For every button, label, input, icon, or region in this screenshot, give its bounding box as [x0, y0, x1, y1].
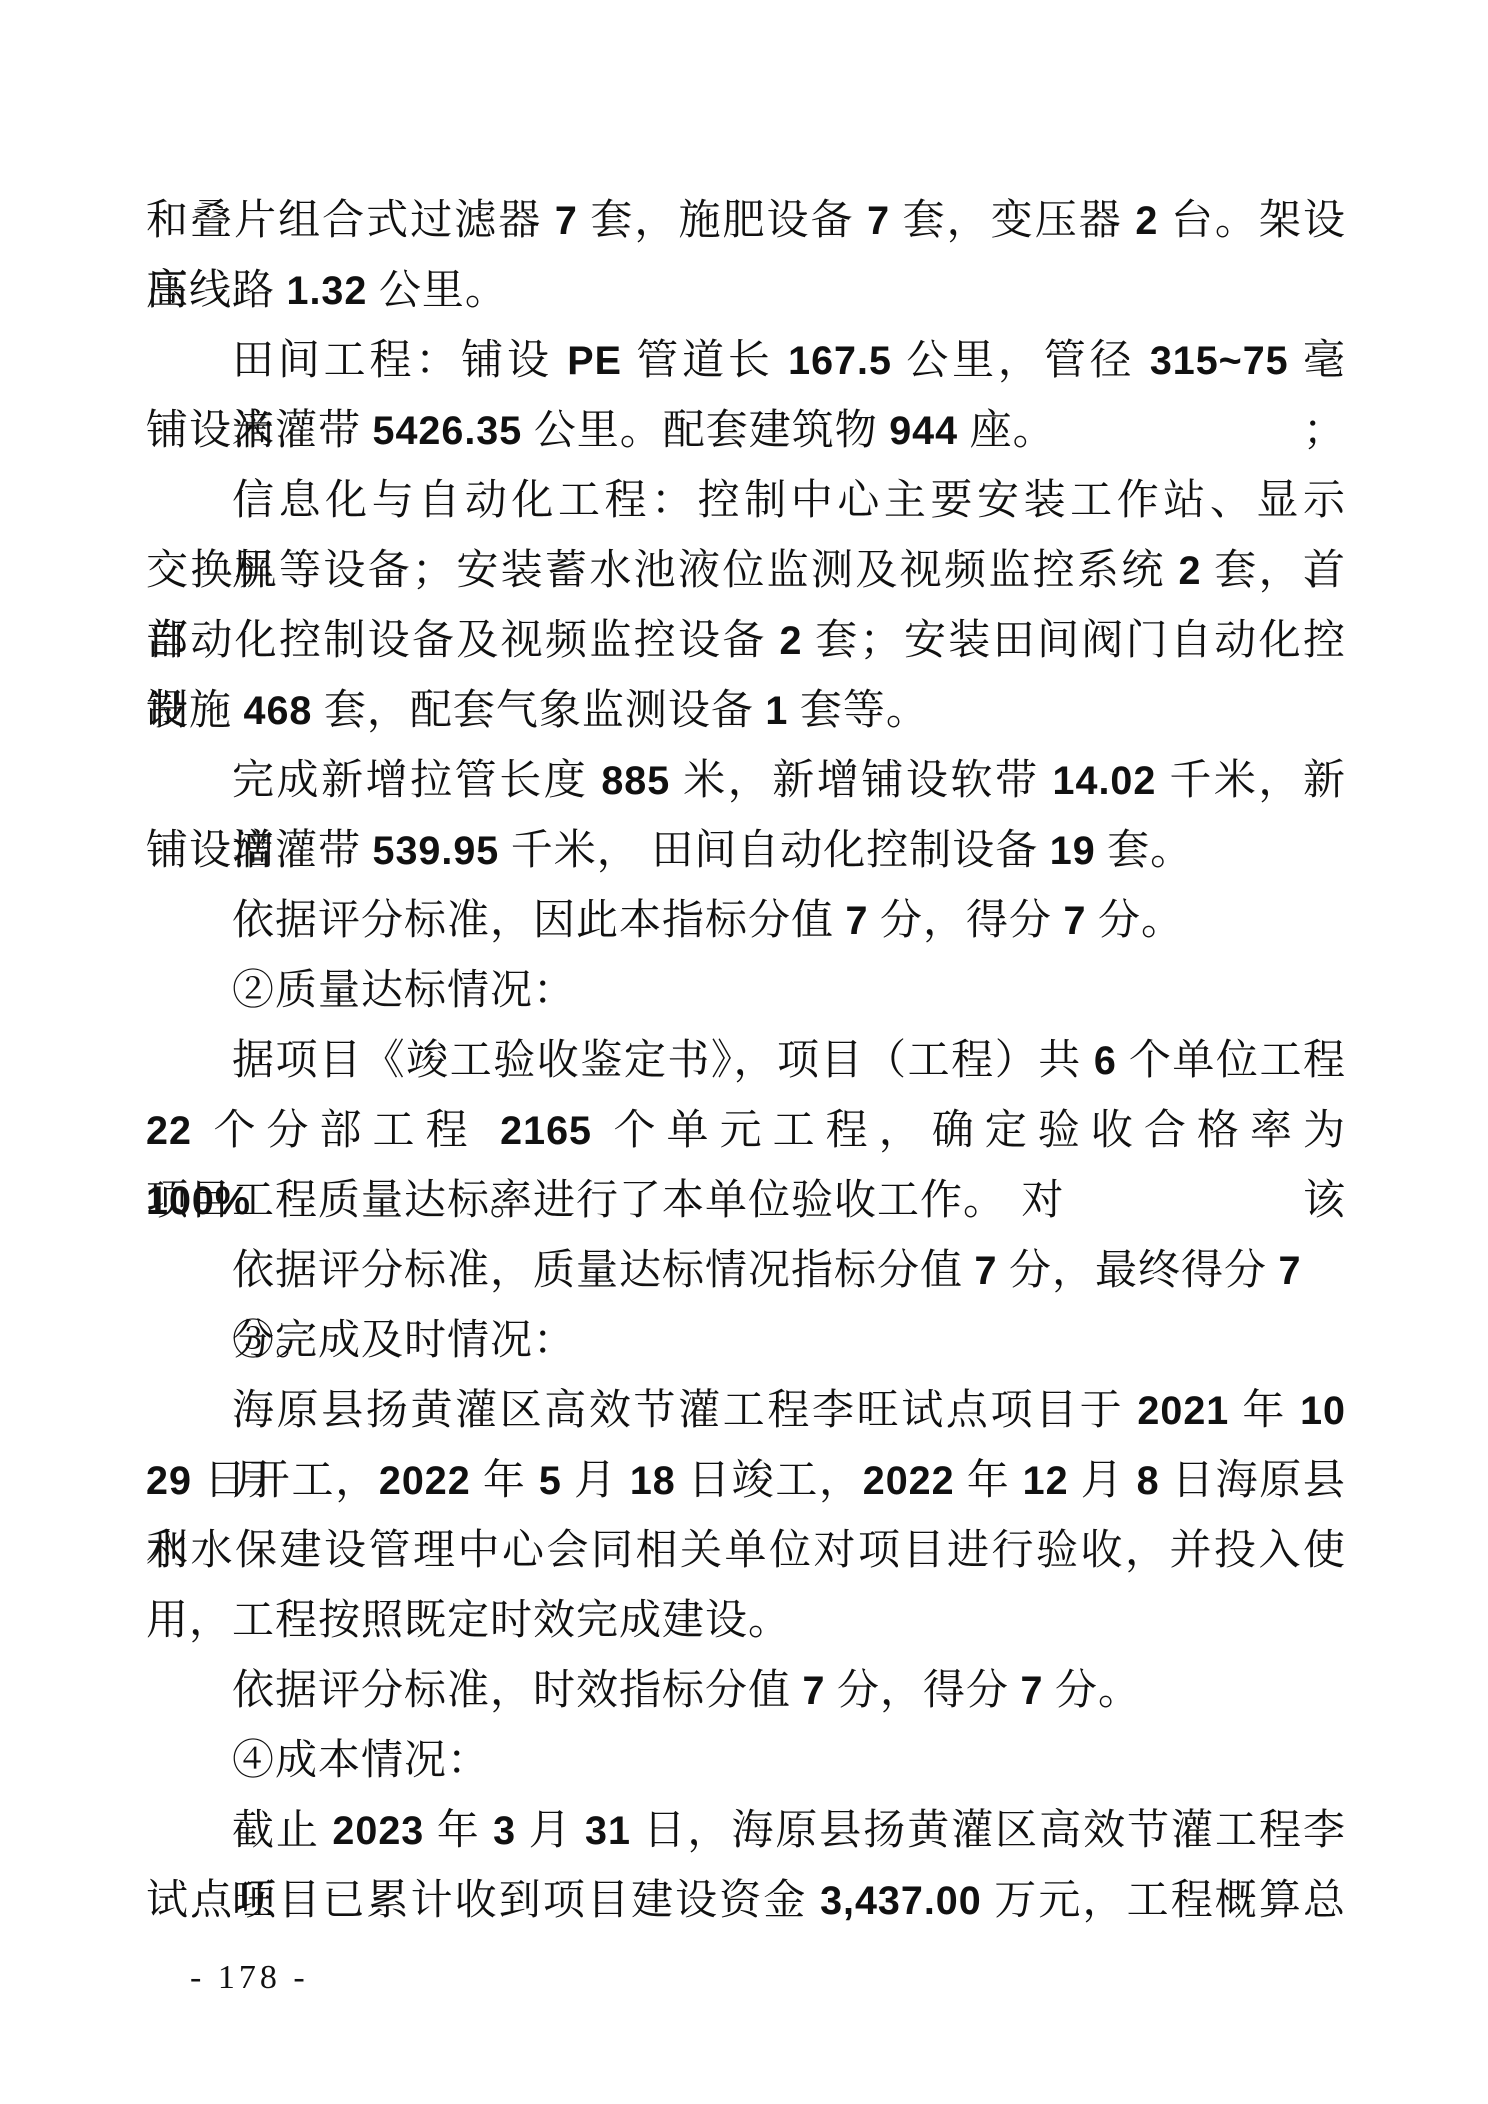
- text-line: 22 个分部工程 2165 个单元工程，确定验收合格率为 100%。 对该: [146, 1096, 1346, 1166]
- body-text: 和叠片组合式过滤器 7 套，施肥设备 7 套，变压器 2 台。架设高压线路 1.…: [146, 186, 1346, 1936]
- document-page: 和叠片组合式过滤器 7 套，施肥设备 7 套，变压器 2 台。架设高压线路 1.…: [0, 0, 1488, 2104]
- page-number: - 178 -: [190, 1955, 309, 2001]
- text-line: ③完成及时情况：: [146, 1306, 1346, 1376]
- text-line: 完成新增拉管长度 885 米，新增铺设软带 14.02 千米，新增: [146, 746, 1346, 816]
- text-line: 田间工程：铺设 PE 管道长 167.5 公里，管径 315~75 毫米；: [146, 326, 1346, 396]
- text-line: 依据评分标准，质量达标情况指标分值 7 分，最终得分 7 分。: [146, 1236, 1346, 1306]
- text-line: 利水保建设管理中心会同相关单位对项目进行验收，并投入使: [146, 1516, 1346, 1586]
- text-line: 自动化控制设备及视频监控设备 2 套；安装田间阀门自动化控制: [146, 606, 1346, 676]
- text-line: 压线路 1.32 公里。: [146, 256, 1346, 326]
- text-line: 信息化与自动化工程：控制中心主要安装工作站、显示屏、: [146, 466, 1346, 536]
- text-line: 截止 2023 年 3 月 31 日，海原县扬黄灌区高效节灌工程李旺: [146, 1796, 1346, 1866]
- text-line: 海原县扬黄灌区高效节灌工程李旺试点项目于 2021 年 10 月: [146, 1376, 1346, 1446]
- text-line: 依据评分标准，因此本指标分值 7 分，得分 7 分。: [146, 886, 1346, 956]
- text-line: 用，工程按照既定时效完成建设。: [146, 1586, 1346, 1656]
- text-line: 设施 468 套，配套气象监测设备 1 套等。: [146, 676, 1346, 746]
- text-line: 试点项目已累计收到项目建设资金 3,437.00 万元，工程概算总: [146, 1866, 1346, 1936]
- text-line: 交换机等设备；安装蓄水池液位监测及视频监控系统 2 套，首部: [146, 536, 1346, 606]
- text-line: 据项目《竣工验收鉴定书》，项目（工程）共 6 个单位工程: [146, 1026, 1346, 1096]
- text-line: 依据评分标准，时效指标分值 7 分，得分 7 分。: [146, 1656, 1346, 1726]
- text-line: ④成本情况：: [146, 1726, 1346, 1796]
- text-line: 铺设滴灌带 539.95 千米， 田间自动化控制设备 19 套。: [146, 816, 1346, 886]
- text-line: ②质量达标情况：: [146, 956, 1346, 1026]
- text-line: 和叠片组合式过滤器 7 套，施肥设备 7 套，变压器 2 台。架设高: [146, 186, 1346, 256]
- text-line: 29 日开工，2022 年 5 月 18 日竣工，2022 年 12 月 8 日…: [146, 1446, 1346, 1516]
